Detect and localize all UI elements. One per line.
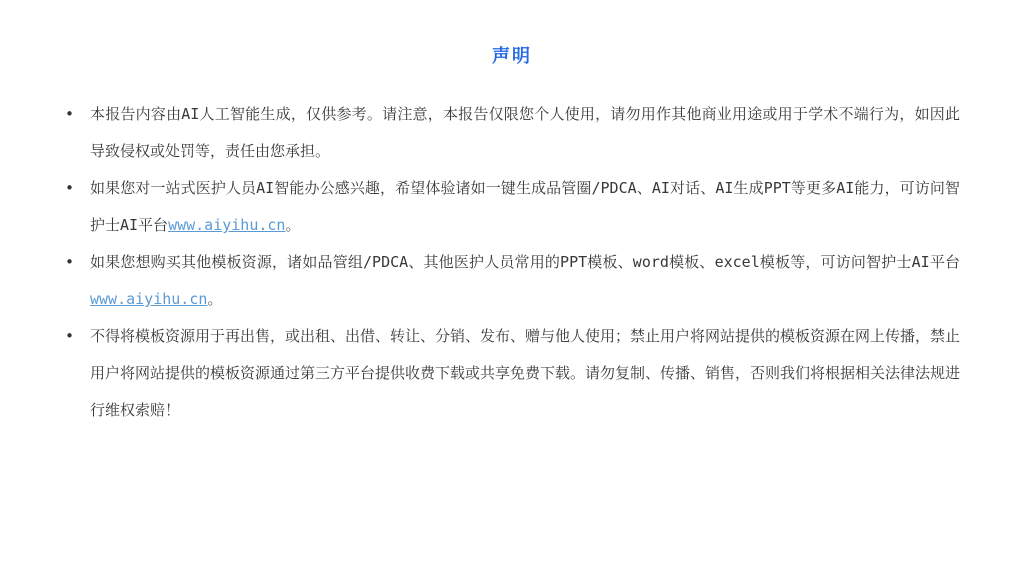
disclaimer-item-1: • 本报告内容由AI人工智能生成，仅供参考。请注意，本报告仅限您个人使用，请勿用… [65,96,960,170]
disclaimer-text: 本报告内容由AI人工智能生成，仅供参考。请注意，本报告仅限您个人使用，请勿用作其… [90,105,960,160]
disclaimer-item-text: 如果您想购买其他模板资源，诸如品管组/PDCA、其他医护人员常用的PPT模板、w… [90,244,960,318]
aiyihu-link[interactable]: www.aiyihu.cn [168,216,285,234]
disclaimer-text: 。 [285,216,300,234]
aiyihu-link[interactable]: www.aiyihu.cn [90,290,207,308]
disclaimer-item-2: • 如果您对一站式医护人员AI智能办公感兴趣，希望体验诸如一键生成品管圈/PDC… [65,170,960,244]
disclaimer-slide: 声明 • 本报告内容由AI人工智能生成，仅供参考。请注意，本报告仅限您个人使用，… [0,0,1024,576]
bullet-icon: • [65,96,90,133]
disclaimer-text: 不得将模板资源用于再出售，或出租、出借、转让、分销、发布、赠与他人使用；禁止用户… [90,327,960,419]
bullet-icon: • [65,318,90,355]
disclaimer-item-text: 不得将模板资源用于再出售，或出租、出借、转让、分销、发布、赠与他人使用；禁止用户… [90,318,960,429]
disclaimer-item-3: • 如果您想购买其他模板资源，诸如品管组/PDCA、其他医护人员常用的PPT模板… [65,244,960,318]
disclaimer-text: 如果您想购买其他模板资源，诸如品管组/PDCA、其他医护人员常用的PPT模板、w… [90,253,960,271]
disclaimer-content: • 本报告内容由AI人工智能生成，仅供参考。请注意，本报告仅限您个人使用，请勿用… [65,96,960,429]
bullet-icon: • [65,244,90,281]
disclaimer-list: • 本报告内容由AI人工智能生成，仅供参考。请注意，本报告仅限您个人使用，请勿用… [65,96,960,429]
disclaimer-item-4: • 不得将模板资源用于再出售，或出租、出借、转让、分销、发布、赠与他人使用；禁止… [65,318,960,429]
disclaimer-text: 。 [207,290,222,308]
bullet-icon: • [65,170,90,207]
disclaimer-item-text: 本报告内容由AI人工智能生成，仅供参考。请注意，本报告仅限您个人使用，请勿用作其… [90,96,960,170]
disclaimer-item-text: 如果您对一站式医护人员AI智能办公感兴趣，希望体验诸如一键生成品管圈/PDCA、… [90,170,960,244]
page-title: 声明 [0,42,1024,68]
